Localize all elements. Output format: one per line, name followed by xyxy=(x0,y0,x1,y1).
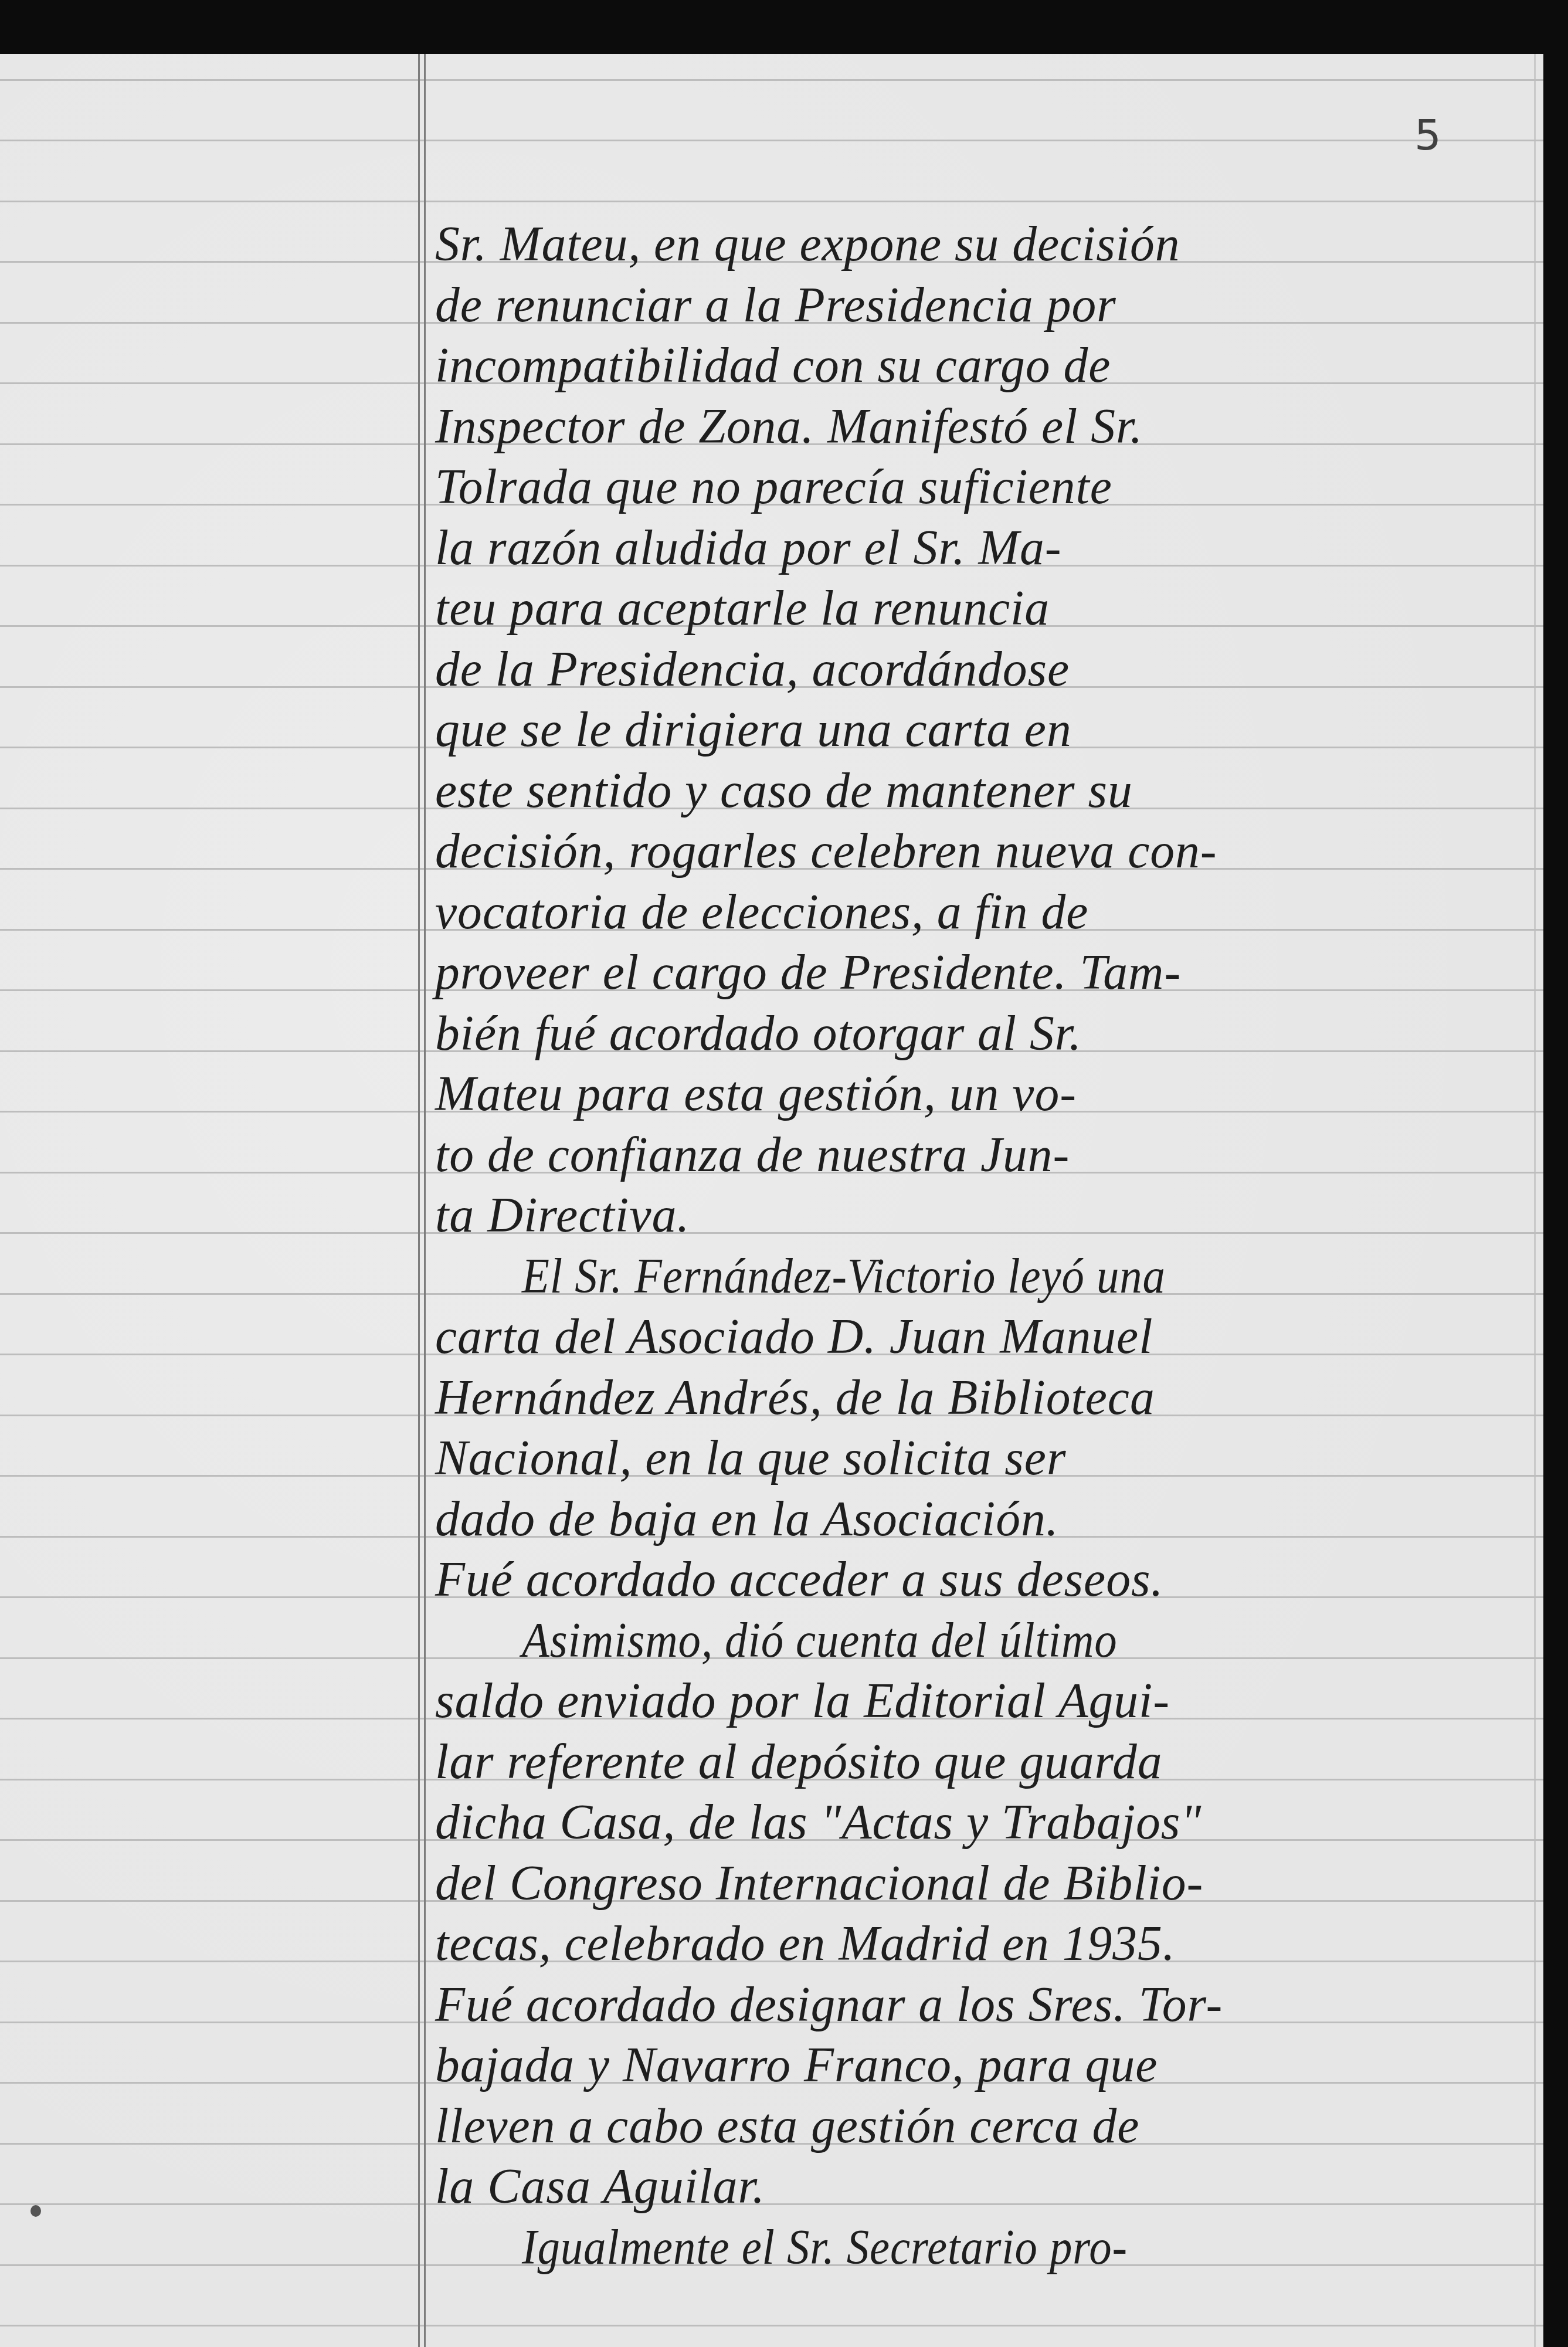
text-line: que se le dirigiera una carta en xyxy=(435,706,1521,755)
ruled-line xyxy=(0,140,1543,141)
margin-line-inner xyxy=(424,54,426,2347)
text-line: este sentido y caso de mantener su xyxy=(435,766,1521,816)
text-line: tecas, celebrado en Madrid en 1935. xyxy=(435,1919,1521,1969)
ink-spot xyxy=(30,2205,41,2217)
text-line: vocatoria de elecciones, a fin de xyxy=(435,888,1521,937)
ruled-line xyxy=(0,201,1543,202)
text-line: dado de baja en la Asociación. xyxy=(435,1495,1521,1544)
text-line: carta del Asociado D. Juan Manuel xyxy=(435,1312,1521,1362)
text-line: bajada y Navarro Franco, para que xyxy=(435,2041,1521,2090)
text-line: Inspector de Zona. Manifestó el Sr. xyxy=(435,402,1521,452)
text-line: Asimismo, dió cuenta del último xyxy=(522,1616,1519,1666)
text-line: lleven a cabo esta gestión cerca de xyxy=(435,2102,1521,2151)
text-line: proveer el cargo de Presidente. Tam- xyxy=(435,948,1521,998)
page-edge xyxy=(1534,54,1536,2347)
text-line: lar referente al depósito que guarda xyxy=(435,1738,1521,1787)
ruled-line xyxy=(0,2325,1543,2326)
text-line: saldo enviado por la Editorial Agui- xyxy=(435,1677,1521,1726)
text-line: de la Presidencia, acordándose xyxy=(435,645,1521,694)
text-line: Nacional, en la que solicita ser xyxy=(435,1434,1521,1483)
text-line: Igualmente el Sr. Secretario pro- xyxy=(522,2223,1519,2273)
text-line: ta Directiva. xyxy=(435,1191,1526,1240)
text-line: bién fué acordado otorgar al Sr. xyxy=(435,1009,1521,1059)
text-line: Hernández Andrés, de la Biblioteca xyxy=(435,1373,1521,1423)
text-line: decisión, rogarles celebren nueva con- xyxy=(435,827,1521,876)
ruled-line xyxy=(0,79,1543,81)
text-line: El Sr. Fernández-Victorio leyó una xyxy=(522,1252,1519,1301)
text-line: dicha Casa, de las "Actas y Trabajos" xyxy=(435,1798,1521,1847)
text-line: Mateu para esta gestión, un vo- xyxy=(435,1070,1521,1119)
text-line: la Casa Aguilar. xyxy=(435,2162,1526,2212)
text-line: Sr. Mateu, en que expone su decisión xyxy=(435,220,1521,269)
text-line: la razón aludida por el Sr. Ma- xyxy=(435,524,1521,573)
text-line: Tolrada que no parecía suficiente xyxy=(435,463,1521,512)
text-line: del Congreso Internacional de Biblio- xyxy=(435,1859,1521,1908)
text-line: de renunciar a la Presidencia por xyxy=(435,281,1521,330)
text-line: Fué acordado designar a los Sres. Tor- xyxy=(435,1980,1521,2030)
page-number: 5 xyxy=(1414,110,1441,160)
text-line: teu para aceptarle la renuncia xyxy=(435,584,1521,633)
text-line: to de confianza de nuestra Jun- xyxy=(435,1131,1521,1180)
text-line: Fué acordado acceder a sus deseos. xyxy=(435,1555,1521,1605)
margin-line-outer xyxy=(418,54,420,2347)
text-line: incompatibilidad con su cargo de xyxy=(435,341,1521,391)
